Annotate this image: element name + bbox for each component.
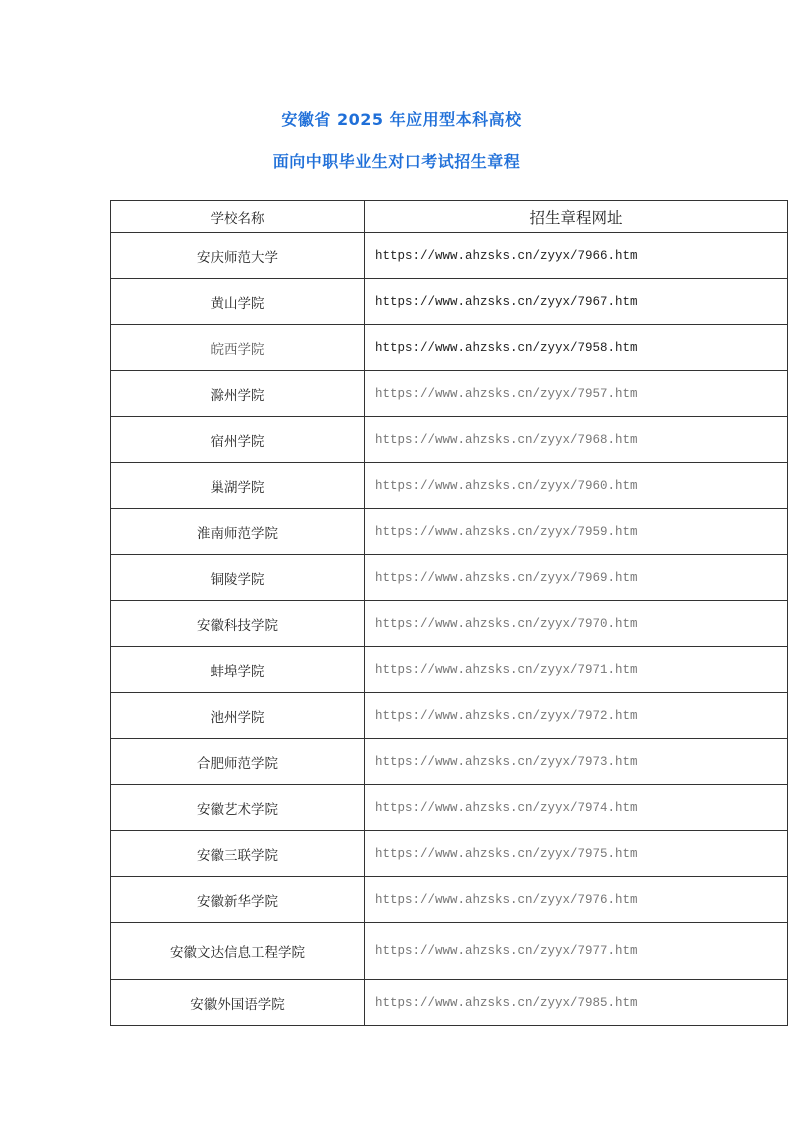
charter-url[interactable]: https://www.ahzsks.cn/zyyx/7971.htm <box>365 647 788 693</box>
charter-url[interactable]: https://www.ahzsks.cn/zyyx/7959.htm <box>365 509 788 555</box>
table-row: 安徽外国语学院https://www.ahzsks.cn/zyyx/7985.h… <box>111 980 788 1026</box>
table-row: 铜陵学院https://www.ahzsks.cn/zyyx/7969.htm <box>111 555 788 601</box>
admissions-table: 学校名称 招生章程网址 安庆师范大学https://www.ahzsks.cn/… <box>110 200 788 1026</box>
table-row: 蚌埠学院https://www.ahzsks.cn/zyyx/7971.htm <box>111 647 788 693</box>
school-name: 蚌埠学院 <box>111 647 365 693</box>
school-name: 宿州学院 <box>111 417 365 463</box>
charter-url[interactable]: https://www.ahzsks.cn/zyyx/7958.htm <box>365 325 788 371</box>
charter-url[interactable]: https://www.ahzsks.cn/zyyx/7957.htm <box>365 371 788 417</box>
charter-url[interactable]: https://www.ahzsks.cn/zyyx/7975.htm <box>365 831 788 877</box>
document-title-line2: 面向中职毕业生对口考试招生章程 <box>0 149 793 172</box>
table-row: 滁州学院https://www.ahzsks.cn/zyyx/7957.htm <box>111 371 788 417</box>
school-name: 安徽外国语学院 <box>111 980 365 1026</box>
table-row: 安徽三联学院https://www.ahzsks.cn/zyyx/7975.ht… <box>111 831 788 877</box>
table-row: 安徽科技学院https://www.ahzsks.cn/zyyx/7970.ht… <box>111 601 788 647</box>
charter-url[interactable]: https://www.ahzsks.cn/zyyx/7968.htm <box>365 417 788 463</box>
header-school-name: 学校名称 <box>111 201 365 233</box>
charter-url[interactable]: https://www.ahzsks.cn/zyyx/7969.htm <box>365 555 788 601</box>
table-row: 皖西学院https://www.ahzsks.cn/zyyx/7958.htm <box>111 325 788 371</box>
table-row: 安徽新华学院https://www.ahzsks.cn/zyyx/7976.ht… <box>111 877 788 923</box>
charter-url[interactable]: https://www.ahzsks.cn/zyyx/7977.htm <box>365 923 788 980</box>
header-charter-url: 招生章程网址 <box>365 201 788 233</box>
school-name: 黄山学院 <box>111 279 365 325</box>
charter-url[interactable]: https://www.ahzsks.cn/zyyx/7967.htm <box>365 279 788 325</box>
table-row: 合肥师范学院https://www.ahzsks.cn/zyyx/7973.ht… <box>111 739 788 785</box>
charter-url[interactable]: https://www.ahzsks.cn/zyyx/7973.htm <box>365 739 788 785</box>
charter-url[interactable]: https://www.ahzsks.cn/zyyx/7985.htm <box>365 980 788 1026</box>
charter-url[interactable]: https://www.ahzsks.cn/zyyx/7976.htm <box>365 877 788 923</box>
table-row: 安庆师范大学https://www.ahzsks.cn/zyyx/7966.ht… <box>111 233 788 279</box>
table-row: 安徽文达信息工程学院https://www.ahzsks.cn/zyyx/797… <box>111 923 788 980</box>
school-name: 合肥师范学院 <box>111 739 365 785</box>
school-name: 淮南师范学院 <box>111 509 365 555</box>
school-name: 巢湖学院 <box>111 463 365 509</box>
table-row: 巢湖学院https://www.ahzsks.cn/zyyx/7960.htm <box>111 463 788 509</box>
school-name: 安庆师范大学 <box>111 233 365 279</box>
school-name: 安徽艺术学院 <box>111 785 365 831</box>
charter-url[interactable]: https://www.ahzsks.cn/zyyx/7972.htm <box>365 693 788 739</box>
school-name: 滁州学院 <box>111 371 365 417</box>
charter-url[interactable]: https://www.ahzsks.cn/zyyx/7966.htm <box>365 233 788 279</box>
school-name: 池州学院 <box>111 693 365 739</box>
school-name: 安徽科技学院 <box>111 601 365 647</box>
table-header-row: 学校名称 招生章程网址 <box>111 201 788 233</box>
document-title-line1: 安徽省 2025 年应用型本科高校 <box>5 107 793 130</box>
school-name: 安徽文达信息工程学院 <box>111 923 365 980</box>
charter-url[interactable]: https://www.ahzsks.cn/zyyx/7960.htm <box>365 463 788 509</box>
charter-url[interactable]: https://www.ahzsks.cn/zyyx/7970.htm <box>365 601 788 647</box>
table-row: 淮南师范学院https://www.ahzsks.cn/zyyx/7959.ht… <box>111 509 788 555</box>
school-name: 安徽新华学院 <box>111 877 365 923</box>
table-row: 池州学院https://www.ahzsks.cn/zyyx/7972.htm <box>111 693 788 739</box>
school-name: 安徽三联学院 <box>111 831 365 877</box>
school-name: 铜陵学院 <box>111 555 365 601</box>
table-row: 宿州学院https://www.ahzsks.cn/zyyx/7968.htm <box>111 417 788 463</box>
charter-url[interactable]: https://www.ahzsks.cn/zyyx/7974.htm <box>365 785 788 831</box>
table-row: 安徽艺术学院https://www.ahzsks.cn/zyyx/7974.ht… <box>111 785 788 831</box>
table-row: 黄山学院https://www.ahzsks.cn/zyyx/7967.htm <box>111 279 788 325</box>
school-name: 皖西学院 <box>111 325 365 371</box>
